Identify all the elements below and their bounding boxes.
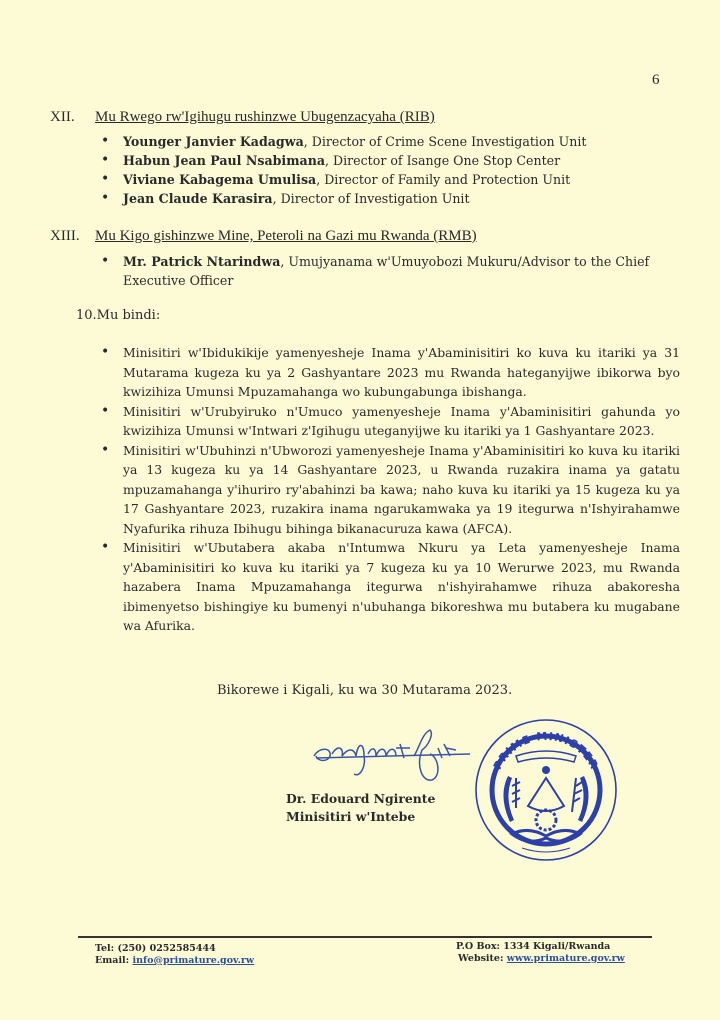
signature-icon xyxy=(310,726,480,786)
page-number: 6 xyxy=(652,72,660,89)
footer-contact-left: Tel: (250) 0252585444 Email: info@primat… xyxy=(95,943,254,967)
section-title: Mu Rwego rw'Igihugu rushinzwe Ubugenzacy… xyxy=(95,109,435,125)
email-link[interactable]: info@primature.gov.rw xyxy=(133,955,255,966)
list-item: Jean Claude Karasira, Director of Invest… xyxy=(98,189,586,208)
list-item: Minisitiri w'Ubuhinzi n'Ubworozi yamenye… xyxy=(98,441,680,539)
website-link[interactable]: www.primature.gov.rw xyxy=(507,953,625,964)
misc-heading: 10.Mu bindi: xyxy=(76,308,160,323)
list-item: Younger Janvier Kadagwa, Director of Cri… xyxy=(98,132,586,151)
list-item: Minisitiri w'Ubutabera akaba n'Intumwa N… xyxy=(98,538,680,636)
section-numeral: XII. xyxy=(50,109,95,126)
date-line: Bikorewe i Kigali, ku wa 30 Mutarama 202… xyxy=(217,683,512,698)
section-xiii-list: Mr. Patrick Ntarindwa, Umujyanama w'Umuy… xyxy=(98,252,680,290)
footer-contact-right: P.O Box: 1334 Kigali/Rwanda Website: www… xyxy=(456,941,625,965)
footer-pobox: P.O Box: 1334 Kigali/Rwanda xyxy=(456,941,625,953)
signer-title: Minisitiri w'Intebe xyxy=(286,808,435,826)
list-item: Habun Jean Paul Nsabimana, Director of I… xyxy=(98,151,586,170)
list-item: Minisitiri w'Urubyiruko n'Umuco yamenyes… xyxy=(98,402,680,441)
footer-divider xyxy=(78,936,652,938)
section-numeral: XIII. xyxy=(50,228,95,245)
misc-list: Minisitiri w'Ibidukikije yamenyesheje In… xyxy=(98,343,680,636)
list-item: Minisitiri w'Ibidukikije yamenyesheje In… xyxy=(98,343,680,402)
footer-website: Website: www.primature.gov.rw xyxy=(456,953,625,965)
prime-minister-seal-icon: PRIME MINISTER xyxy=(472,716,620,864)
list-item: Mr. Patrick Ntarindwa, Umujyanama w'Umuy… xyxy=(98,252,680,290)
section-xii-list: Younger Janvier Kadagwa, Director of Cri… xyxy=(98,132,586,208)
signer-block: Dr. Edouard Ngirente Minisitiri w'Intebe xyxy=(286,790,435,826)
footer-email: Email: info@primature.gov.rw xyxy=(95,955,254,967)
signer-name: Dr. Edouard Ngirente xyxy=(286,790,435,808)
section-xii-heading: XII.Mu Rwego rw'Igihugu rushinzwe Ubugen… xyxy=(50,109,435,126)
list-item: Viviane Kabagema Umulisa, Director of Fa… xyxy=(98,170,586,189)
section-title: Mu Kigo gishinzwe Mine, Peteroli na Gazi… xyxy=(95,228,477,244)
section-xiii-heading: XIII.Mu Kigo gishinzwe Mine, Peteroli na… xyxy=(50,228,477,245)
footer-tel: Tel: (250) 0252585444 xyxy=(95,943,254,955)
